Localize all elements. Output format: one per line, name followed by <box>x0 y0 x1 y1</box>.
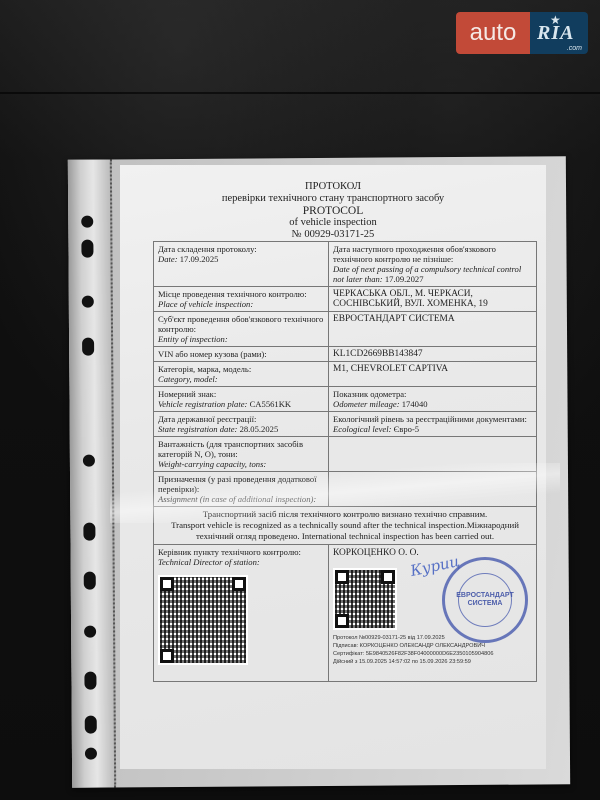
assignment <box>329 472 537 507</box>
table-row: Дата складення протоколу: Date: 17.09.20… <box>154 242 537 287</box>
protocol-date: 17.09.2025 <box>180 254 219 264</box>
registration-plate: CA5561KK <box>250 399 292 409</box>
logo-auto-part: auto <box>456 12 530 54</box>
inspection-place: ЧЕРКАСЬКА ОБЛ., М. ЧЕРКАСИ, СОСНІВСЬКИЙ,… <box>329 287 537 312</box>
registration-date: 28.05.2025 <box>240 424 279 434</box>
conclusion-row: Транспортний засіб після технічного конт… <box>154 507 537 545</box>
title-ua: ПРОТОКОЛ <box>120 181 546 193</box>
punch-hole <box>84 672 96 690</box>
table-row: Призначення (у разі проведення додатково… <box>154 472 537 507</box>
punch-hole <box>85 748 97 760</box>
vehicle-category-model: M1, CHEVROLET CAPTIVA <box>329 362 537 387</box>
table-row: Місце проведення технічного контролю: Pl… <box>154 287 537 312</box>
inspection-protocol-document: ПРОТОКОЛ перевірки технічного стану тран… <box>120 165 546 769</box>
inspection-entity: ЕВРОСТАНДАРТ СИСТЕМА <box>329 312 537 347</box>
punch-hole <box>83 455 95 467</box>
ecological-level: Євро-5 <box>394 424 419 434</box>
table-row: Категорія, марка, модель: Category, mode… <box>154 362 537 387</box>
subtitle-en: of vehicle inspection <box>120 217 546 229</box>
punched-binding-strip <box>68 159 116 787</box>
table-row: Вантажність (для транспортних засобів ка… <box>154 437 537 472</box>
autoria-watermark-logo: auto ★ RIA .com <box>456 12 590 54</box>
punch-hole <box>81 240 93 258</box>
punch-hole <box>82 296 94 308</box>
punch-hole <box>83 523 95 541</box>
odometer-mileage: 174040 <box>402 399 428 409</box>
table-row: Суб'єкт проведення обов'язкового технічн… <box>154 312 537 347</box>
subtitle-ua: перевірки технічного стану транспортного… <box>120 193 546 205</box>
director-name: КОРКОЦЕНКО О. О. <box>333 548 419 558</box>
qr-code <box>158 575 248 665</box>
title-en: PROTOCOL <box>120 205 546 217</box>
punch-hole <box>81 216 93 228</box>
document-header: ПРОТОКОЛ перевірки технічного стану тран… <box>120 181 546 241</box>
punch-hole <box>82 338 94 356</box>
official-stamp: ЕВРОСТАНДАРТ СИСТЕМА <box>442 557 528 643</box>
protocol-number: № 00929-03171-25 <box>120 229 546 241</box>
punch-hole <box>84 572 96 590</box>
table-row: Дата державної реєстрації: State registr… <box>154 412 537 437</box>
punch-hole <box>85 716 97 734</box>
table-row: VIN або номер кузова (рами): KL1CD2669BB… <box>154 347 537 362</box>
next-inspection-date: 17.09.2027 <box>385 274 424 284</box>
logo-ria-part: ★ RIA .com <box>530 12 588 54</box>
table-row: Номерний знак: Vehicle registration plat… <box>154 387 537 412</box>
vin-number: KL1CD2669BB143847 <box>329 347 537 362</box>
weight-capacity <box>329 437 537 472</box>
seat-seam <box>0 92 600 94</box>
punch-hole <box>84 626 96 638</box>
signature-qr-code <box>333 568 397 630</box>
